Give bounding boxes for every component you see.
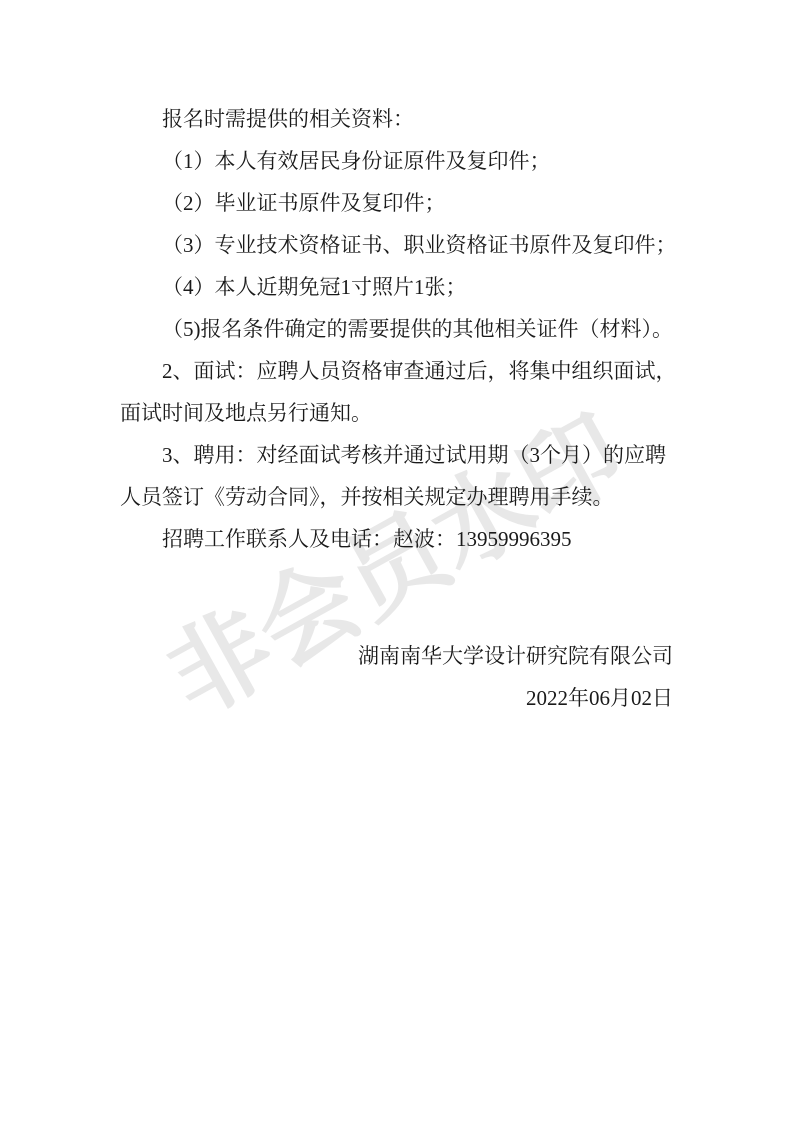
material-item-3: （3）专业技术资格证书、职业资格证书原件及复印件； — [120, 224, 686, 266]
signature-date: 2022年06月02日 — [120, 677, 686, 719]
material-item-2: （2）毕业证书原件及复印件； — [120, 182, 686, 224]
document-page: 非会员水印 报名时需提供的相关资料： （1）本人有效居民身份证原件及复印件； （… — [0, 0, 793, 1122]
interview-paragraph-line-2: 面试时间及地点另行通知。 — [120, 392, 686, 434]
signature-block: 湖南南华大学设计研究院有限公司 2022年06月02日 — [120, 635, 686, 719]
company-signature: 湖南南华大学设计研究院有限公司 — [120, 635, 686, 677]
material-item-5: （5)报名条件确定的需要提供的其他相关证件（材料）。 — [120, 308, 686, 350]
hire-paragraph-line-2: 人员签订《劳动合同》，并按相关规定办理聘用手续。 — [120, 476, 686, 518]
contact-line: 招聘工作联系人及电话：赵波：13959996395 — [120, 518, 686, 560]
interview-paragraph-line-1: 2、面试：应聘人员资格审查通过后，将集中组织面试， — [120, 350, 686, 392]
material-item-1: （1）本人有效居民身份证原件及复印件； — [120, 140, 686, 182]
document-body: 报名时需提供的相关资料： （1）本人有效居民身份证原件及复印件； （2）毕业证书… — [120, 98, 686, 719]
material-item-4: （4）本人近期免冠1寸照片1张； — [120, 266, 686, 308]
materials-heading: 报名时需提供的相关资料： — [120, 98, 686, 140]
hire-paragraph-line-1: 3、聘用：对经面试考核并通过试用期（3个月）的应聘 — [120, 434, 686, 476]
